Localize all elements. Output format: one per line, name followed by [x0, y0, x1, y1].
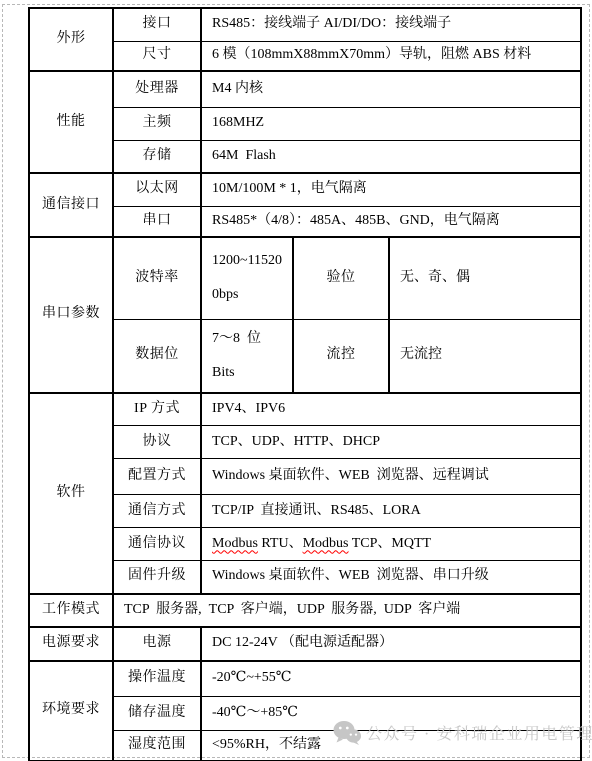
protocol-value-cell: TCP、UDP、HTTP、DHCP [201, 426, 581, 459]
table-row: 工作模式 TCP 服务器, TCP 客户端，UDP 服务器, UDP 客户端 [29, 594, 581, 627]
performance-category-cell: 性能 [29, 71, 113, 173]
op-temp-label-cell: 操作温度 [113, 661, 201, 697]
spec-table: 外形 接口 RS485：接线端子 AI/DI/DO：接线端子 尺寸 6 模（10… [28, 7, 582, 761]
config-mode-label-cell: 配置方式 [113, 459, 201, 495]
table-row: 串口参数 波特率 1200~115200bps 验位 无、奇、偶 [29, 237, 581, 319]
firmware-value-cell: Windows 桌面软件、WEB 浏览器、串口升级 [201, 561, 581, 594]
power-label-cell: 电源 [113, 627, 201, 661]
comm-protocol-label-cell: 通信协议 [113, 528, 201, 561]
software-category-cell: 软件 [29, 393, 113, 594]
appearance-category-cell: 外形 [29, 8, 113, 71]
baud-label-cell: 波特率 [113, 237, 201, 319]
spellcheck-word: Modbus [303, 536, 349, 551]
comm-protocol-text: TCP、MQTT [348, 536, 431, 551]
ethernet-label-cell: 以太网 [113, 173, 201, 206]
ip-mode-label-cell: IP 方式 [113, 393, 201, 426]
comm-mode-label-cell: 通信方式 [113, 495, 201, 528]
serial-port-value-cell: RS485*（4/8）：485A、485B、GND，电气隔离 [201, 206, 581, 237]
power-value-cell: DC 12-24V （配电源适配器） [201, 627, 581, 661]
comm-protocol-text: RTU、 [258, 536, 303, 551]
environment-category-cell: 环境要求 [29, 661, 113, 761]
flowcontrol-value-cell: 无流控 [389, 319, 581, 393]
power-category-cell: 电源要求 [29, 627, 113, 661]
work-mode-category-cell: 工作模式 [29, 594, 113, 627]
frequency-label-cell: 主频 [113, 107, 201, 140]
firmware-label-cell: 固件升级 [113, 561, 201, 594]
flowcontrol-label-cell: 流控 [293, 319, 389, 393]
frequency-value-cell: 168MHZ [201, 107, 581, 140]
comm-interface-category-cell: 通信接口 [29, 173, 113, 237]
serial-port-label-cell: 串口 [113, 206, 201, 237]
storage-label-cell: 存储 [113, 140, 201, 173]
humidity-label-cell: 湿度范围 [113, 731, 201, 761]
table-row: 通信接口 以太网 10M/100M * 1，电气隔离 [29, 173, 581, 206]
storage-temp-value-cell: -40℃～+85℃ [201, 697, 581, 731]
size-value-cell: 6 模（108mmX88mmX70mm）导轨，阻燃 ABS 材料 [201, 41, 581, 71]
table-row: 环境要求 操作温度 -20℃~+55℃ [29, 661, 581, 697]
table-row: 性能 处理器 M4 内核 [29, 71, 581, 107]
comm-protocol-value-cell: Modbus RTU、Modbus TCP、MQTT [201, 528, 581, 561]
cpu-value-cell: M4 内核 [201, 71, 581, 107]
config-mode-value-cell: Windows 桌面软件、WEB 浏览器、远程调试 [201, 459, 581, 495]
cpu-label-cell: 处理器 [113, 71, 201, 107]
baud-value-cell: 1200~115200bps [201, 237, 293, 319]
ip-mode-value-cell: IPV4、IPV6 [201, 393, 581, 426]
parity-label-cell: 验位 [293, 237, 389, 319]
serial-params-category-cell: 串口参数 [29, 237, 113, 393]
comm-mode-value-cell: TCP/IP 直接通讯、RS485、LORA [201, 495, 581, 528]
interface-label-cell: 接口 [113, 8, 201, 41]
interface-value-cell: RS485：接线端子 AI/DI/DO：接线端子 [201, 8, 581, 41]
work-mode-value-cell: TCP 服务器, TCP 客户端，UDP 服务器, UDP 客户端 [113, 594, 581, 627]
ethernet-value-cell: 10M/100M * 1，电气隔离 [201, 173, 581, 206]
storage-temp-label-cell: 储存温度 [113, 697, 201, 731]
table-row: 外形 接口 RS485：接线端子 AI/DI/DO：接线端子 [29, 8, 581, 41]
table-row: 软件 IP 方式 IPV4、IPV6 [29, 393, 581, 426]
storage-value-cell: 64M Flash [201, 140, 581, 173]
databits-value-cell: 7～8 位 Bits [201, 319, 293, 393]
parity-value-cell: 无、奇、偶 [389, 237, 581, 319]
table-row: 电源要求 电源 DC 12-24V （配电源适配器） [29, 627, 581, 661]
humidity-value-cell: <95%RH，不结露 [201, 731, 581, 761]
page: { "colors": { "table_border": "#000000",… [0, 0, 592, 761]
size-label-cell: 尺寸 [113, 41, 201, 71]
spellcheck-word: Modbus [212, 536, 258, 551]
databits-label-cell: 数据位 [113, 319, 201, 393]
protocol-label-cell: 协议 [113, 426, 201, 459]
op-temp-value-cell: -20℃~+55℃ [201, 661, 581, 697]
